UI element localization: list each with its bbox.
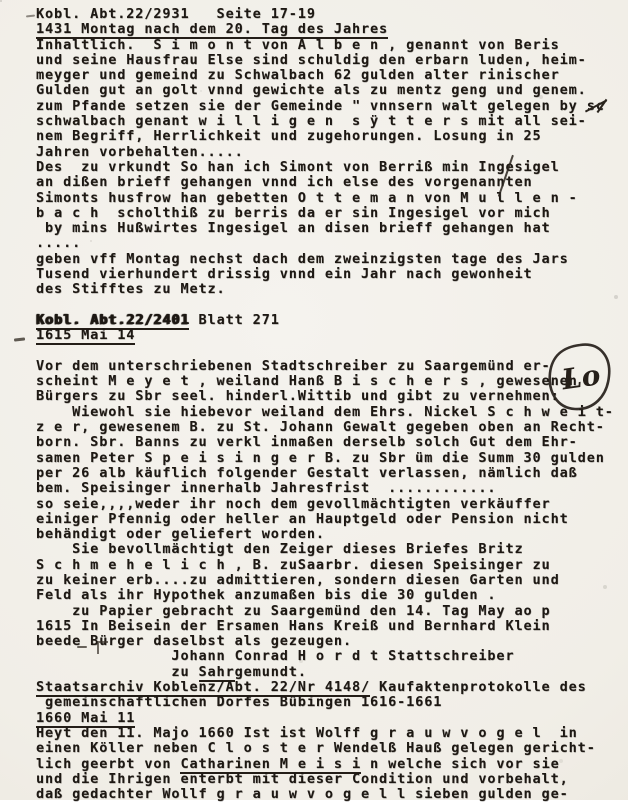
document-line: per 26 alb käuflich folgender Gestalt ve… <box>36 466 626 481</box>
document-line: einiger Pfennig oder heller an Hauptgeld… <box>36 512 626 527</box>
text-run: und seine Hausfrau Else sind schuldig de… <box>36 52 587 68</box>
document-line: einen Köller neben C l o s t e r Wendelß… <box>36 741 626 756</box>
text-run: Wiewohl sie hiebevor weiland dem Ehrs. N… <box>36 404 614 420</box>
document-line: behändigt oder geliefert worden. <box>36 527 626 542</box>
document-line: Jahren vorbehalten..... <box>36 145 626 160</box>
struck-text: sc <box>587 99 605 114</box>
document-line: des Stifftes zu Metz. <box>36 282 626 297</box>
text-run: Des zu vrkundt So han ich Simont von Ber… <box>36 159 560 175</box>
document-line: an dißen brieff gehangen vnnd ich else d… <box>36 175 626 190</box>
handwritten-circle-note: Lo <box>544 340 616 416</box>
text-run: Tusend vierhundert drissig vnnd ein Jahr… <box>36 266 533 282</box>
text-run: nem Begriff, Herrlichkeit und zugehorung… <box>36 128 542 144</box>
document-line: Wiewohl sie hiebevor weiland dem Ehrs. N… <box>36 405 626 420</box>
text-run: Feld als ihr Hypothek anzumaßen bis die … <box>36 587 496 603</box>
document-line: schwalbach genant w i l l i g e n s ÿ t … <box>36 114 626 129</box>
document-line: Feld als ihr Hypothek anzumaßen bis die … <box>36 588 626 603</box>
document-line: 1615 In Beisein der Ersamen Hans Kreiß u… <box>36 619 626 634</box>
text-run: und die Ihrigen enterbt mit dieser Condi… <box>36 771 569 787</box>
text-run: gemeinschaftlichen Dorfes Bübingen 1616-… <box>36 694 442 710</box>
margin-dash-mark <box>14 337 25 341</box>
document-line: z e r, gewesenem B. zu St. Johann Gewalt… <box>36 420 626 435</box>
text-run: n welche sich vor sie <box>361 756 560 772</box>
document-line: und die Ihrigen enterbt mit dieser Condi… <box>36 772 626 787</box>
text-run: Inhaltlich. S i m o n t von A l b e n , … <box>36 37 560 53</box>
document-line: zum Pfande setzen sie der Gemeinde " vnn… <box>36 99 626 114</box>
text-run: zu keiner erb....zu admittieren, sondern… <box>36 572 560 588</box>
text-run: zu <box>36 664 199 680</box>
document-line: lich geerbt von Catharinen M e i s i n w… <box>36 757 626 772</box>
text-run: born. Sbr. Banns zu verkl inmaßen dersel… <box>36 434 578 450</box>
document-line: born. Sbr. Banns zu verkl inmaßen dersel… <box>36 435 626 450</box>
document-line: und seine Hausfrau Else sind schuldig de… <box>36 53 626 68</box>
text-run: 1615 In Beisein der Ersamen Hans Kreiß u… <box>36 618 551 634</box>
document-line: by mins Hußwirtes Ingesigel an disen bri… <box>36 221 626 236</box>
document-line: Kobl. Abt.22/2931 Seite 17-19 <box>36 7 626 22</box>
text-run: per 26 alb käuflich folgender Gestalt ve… <box>36 465 578 481</box>
text-run: Heyt den 11. Majo 1660 Ist ist Wolff g r… <box>36 725 578 741</box>
text-run: des Stifftes zu Metz. <box>36 281 226 297</box>
document-line: Heyt den 11. Majo 1660 Ist ist Wolff g r… <box>36 726 626 741</box>
text-run: Jahren vorbehalten..... <box>36 144 244 160</box>
document-line: Simonts husfrow han gebetten O t t e m a… <box>36 191 626 206</box>
text-run: gemundt. <box>235 664 307 680</box>
document-line: bem. Speisinger innerhalb Jahresfrist ..… <box>36 481 626 496</box>
text-run: behändigt oder geliefert worden. <box>36 526 325 542</box>
document-line: Vor dem unterschriebenen Stadtschreiber … <box>36 359 626 374</box>
text-run: schwalbach genant w i l l i g e n s ÿ t … <box>36 113 587 129</box>
text-run: geben vff Montag nechst dach dem zweinzi… <box>36 251 569 267</box>
text-run: ..... <box>36 235 81 251</box>
text-run: Vor dem unterschriebenen Stadtschreiber … <box>36 358 551 374</box>
text-run: meyger und gemeind zu Schwalbach 62 guld… <box>36 67 560 83</box>
document-line <box>36 344 626 359</box>
text-run: Gulden gut an golt vnnd gewichte als zu … <box>36 82 587 98</box>
document-line: S c h m e h e l i c h , B. zuSaarbr. die… <box>36 558 626 573</box>
text-run: b a c h scholthiß zu berris da er sin In… <box>36 205 551 221</box>
scanned-document-page: Kobl. Abt.22/2931 Seite 17-191431 Montag… <box>0 0 628 800</box>
text-run: daß gedachter Wollf g r a u w v o g e l … <box>36 786 569 800</box>
document-text: Kobl. Abt.22/2931 Seite 17-191431 Montag… <box>36 7 626 800</box>
text-run: by mins Hußwirtes Ingesigel an disen bri… <box>36 220 551 236</box>
margin-dash-mark <box>26 15 35 18</box>
document-line: geben vff Montag nechst dach dem zweinzi… <box>36 252 626 267</box>
document-line: Staatsarchiv Koblenz/Abt. 22/Nr 4148/ Ka… <box>36 680 626 695</box>
text-run: Kaufaktenprotokolle des <box>370 679 587 695</box>
document-line: Des zu vrkundt So han ich Simont von Ber… <box>36 160 626 175</box>
text-run: an dißen brieff gehangen vnnd ich else d… <box>36 174 533 190</box>
document-line: Johann Conrad H o r d t Stattschreiber <box>36 649 626 664</box>
text-run: scheint M e y e t , weiland Hanß B i s c… <box>36 373 578 389</box>
document-line: Tusend vierhundert drissig vnnd ein Jahr… <box>36 267 626 282</box>
document-line: 1615 Mai 14 <box>36 328 626 343</box>
document-line: samen Peter S p e i s i n g e r B. zu Sb… <box>36 451 626 466</box>
document-line: b a c h scholthiß zu berris da er sin In… <box>36 206 626 221</box>
document-line: Gulden gut an golt vnnd gewichte als zu … <box>36 83 626 98</box>
scan-speckles <box>0 0 2 2</box>
document-line: meyger und gemeind zu Schwalbach 62 guld… <box>36 68 626 83</box>
text-run: Bürgers zu Sbr seel. hinderl.Wittib und … <box>36 388 560 404</box>
text-run: einiger Pfennig oder heller an Hauptgeld… <box>36 511 569 527</box>
document-line: 1431 Montag nach dem 20. Tag des Jahres <box>36 22 626 37</box>
document-line: so seie,,,,weder ihr noch dem gevollmäch… <box>36 497 626 512</box>
document-line: gemeinschaftlichen Dorfes Bübingen 1616-… <box>36 695 626 710</box>
document-line <box>36 298 626 313</box>
document-line: scheint M e y e t , weiland Hanß B i s c… <box>36 374 626 389</box>
text-run: zu Papier gebracht zu Saargemünd den 14.… <box>36 603 551 619</box>
circle-note-text: Lo <box>559 358 603 396</box>
text-run: Simonts husfrow han gebetten O t t e m a… <box>36 190 578 206</box>
document-line: Bürgers zu Sbr seel. hinderl.Wittib und … <box>36 389 626 404</box>
text-run: einen Köller neben C l o s t e r Wendelß… <box>36 740 596 756</box>
document-line: daß gedachter Wollf g r a u w v o g e l … <box>36 787 626 800</box>
document-line: zu keiner erb....zu admittieren, sondern… <box>36 573 626 588</box>
text-run: zum Pfande setzen sie der Gemeinde " vnn… <box>36 98 587 114</box>
document-line: Kobl. Abt.22/2401 Blatt 271 <box>36 313 626 328</box>
document-line: zu Papier gebracht zu Saargemünd den 14.… <box>36 604 626 619</box>
text-run: bem. Speisinger innerhalb Jahresfrist ..… <box>36 480 496 496</box>
document-line: zu Sahrgemundt. <box>36 665 626 680</box>
text-run: lich geerbt von <box>36 756 180 772</box>
document-line: Sie bevollmächtigt den Zeiger dieses Bri… <box>36 542 626 557</box>
corner-pen-mark <box>97 641 108 654</box>
text-run: Sie bevollmächtigt den Zeiger dieses Bri… <box>36 541 524 557</box>
document-line: 1660 Mai 11 <box>36 711 626 726</box>
text-run: S c h m e h e l i c h , B. zuSaarbr. die… <box>36 557 551 573</box>
document-line: beede Bürger daselbst als gezeugen. <box>36 634 626 649</box>
margin-dash-mark <box>77 646 87 648</box>
document-line: Inhaltlich. S i m o n t von A l b e n , … <box>36 38 626 53</box>
document-line: nem Begriff, Herrlichkeit und zugehorung… <box>36 129 626 144</box>
text-run: samen Peter S p e i s i n g e r B. zu Sb… <box>36 450 605 466</box>
text-run: Blatt 271 <box>189 312 279 328</box>
underlined-text: 1615 Mai 14 <box>36 327 135 345</box>
text-run: Kobl. Abt.22/2931 Seite 17-19 <box>36 6 316 22</box>
document-line: ..... <box>36 236 626 251</box>
text-run: z e r, gewesenem B. zu St. Johann Gewalt… <box>36 419 605 435</box>
text-run: so seie,,,,weder ihr noch dem gevollmäch… <box>36 496 551 512</box>
